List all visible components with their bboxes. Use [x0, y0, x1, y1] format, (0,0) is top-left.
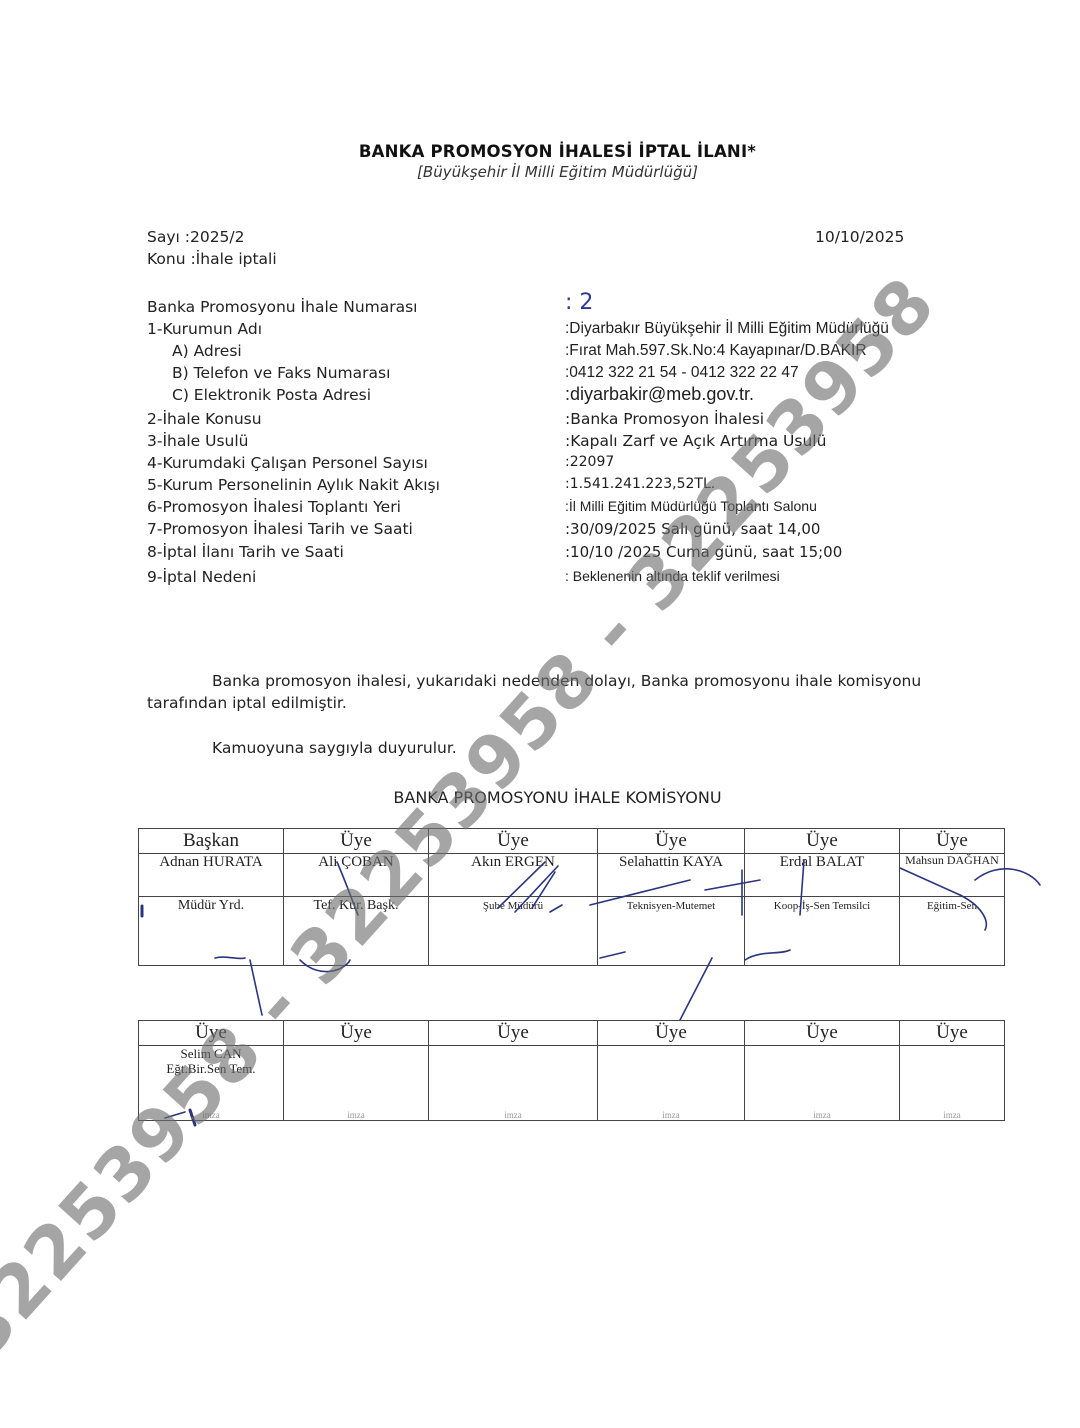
- signature-cell: [598, 917, 745, 966]
- signature-label: imza: [598, 1082, 745, 1121]
- member-name: [745, 1046, 900, 1083]
- detail-label: B) Telefon ve Faks Numarası: [172, 364, 390, 382]
- member-role: Üye: [745, 829, 900, 854]
- detail-label: Banka Promosyonu İhale Numarası: [147, 298, 418, 316]
- detail-value: : 2: [565, 290, 593, 315]
- signature-label: imza: [139, 1082, 284, 1121]
- member-title: Koop-İş-Sen Temsilci: [745, 897, 900, 918]
- member-role: Üye: [139, 1021, 284, 1046]
- member-name: Akın ERGEN: [429, 854, 598, 897]
- member-role: Üye: [429, 829, 598, 854]
- detail-value: :diyarbakir@meb.gov.tr.: [565, 384, 754, 405]
- detail-value: :22097: [565, 454, 614, 470]
- member-name: [598, 1046, 745, 1083]
- signature-label: imza: [745, 1082, 900, 1121]
- sayi-line: Sayı :2025/2: [147, 228, 245, 246]
- signature-cell: [429, 917, 598, 966]
- document-date: 10/10/2025: [815, 228, 904, 246]
- detail-value: :30/09/2025 Salı günü, saat 14,00: [565, 520, 820, 538]
- member-role: Üye: [284, 829, 429, 854]
- member-title: Şube Müdürü: [429, 897, 598, 918]
- detail-label: 5-Kurum Personelinin Aylık Nakit Akışı: [147, 476, 440, 494]
- member-name: [284, 1046, 429, 1083]
- detail-value: :Diyarbakır Büyükşehir İl Milli Eğitim M…: [565, 320, 889, 338]
- member-name: [900, 1046, 1005, 1083]
- commission-table-2: Üye Üye Üye Üye Üye Üye Selim CAN Eğt.Bi…: [138, 1020, 1005, 1121]
- signature-strokes: [0, 0, 1080, 1428]
- watermark-text: 32253958 - 32253958 - 32253958: [0, 261, 952, 1374]
- signature-label: imza: [284, 1082, 429, 1121]
- member-title: Teknisyen-Mutemet: [598, 897, 745, 918]
- signature-cell: [900, 917, 1005, 966]
- member-role: Başkan: [139, 829, 284, 854]
- member-name: Ali ÇOBAN: [284, 854, 429, 897]
- member-title: Tef. Kur. Başk.: [284, 897, 429, 918]
- member-role: Üye: [429, 1021, 598, 1046]
- detail-label: 1-Kurumun Adı: [147, 320, 262, 338]
- document-page: BANKA PROMOSYON İHALESİ İPTAL İLANI* [Bü…: [0, 0, 1080, 1428]
- document-subtitle: [Büyükşehir İl Milli Eğitim Müdürlüğü]: [0, 163, 1080, 181]
- member-role: Üye: [900, 1021, 1005, 1046]
- detail-value: :Banka Promosyon İhalesi: [565, 410, 764, 428]
- member-name: Selim CAN Eğt.Bir.Sen Tem.: [139, 1046, 284, 1083]
- detail-label: A) Adresi: [172, 342, 242, 360]
- detail-value: :0412 322 21 54 - 0412 322 22 47: [565, 364, 799, 382]
- detail-label: 9-İptal Nedeni: [147, 568, 256, 586]
- member-title: Eğitim-Sen: [900, 897, 1005, 918]
- detail-value: :Kapalı Zarf ve Açık Artırma Usulü: [565, 432, 826, 450]
- member-role: Üye: [284, 1021, 429, 1046]
- detail-value: : Beklenenin altında teklif verilmesi: [565, 568, 780, 584]
- signature-label: imza: [429, 1082, 598, 1121]
- detail-value: :1.541.241.223,52TL.: [565, 476, 715, 492]
- detail-value: :10/10 /2025 Cuma günü, saat 15;00: [565, 543, 842, 561]
- detail-value: :İl Milli Eğitim Müdürlüğü Toplantı Salo…: [565, 498, 817, 514]
- member-name-text: Selim CAN: [141, 1046, 281, 1061]
- detail-label: 6-Promosyon İhalesi Toplantı Yeri: [147, 498, 401, 516]
- signature-label: imza: [900, 1082, 1005, 1121]
- commission-table-1: Başkan Üye Üye Üye Üye Üye Adnan HURATA …: [138, 828, 1005, 966]
- document-title: BANKA PROMOSYON İHALESİ İPTAL İLANI*: [0, 142, 1080, 161]
- member-name: Selahattin KAYA: [598, 854, 745, 897]
- member-role: Üye: [745, 1021, 900, 1046]
- member-name: [429, 1046, 598, 1083]
- commission-title: BANKA PROMOSYONU İHALE KOMİSYONU: [0, 788, 1080, 807]
- member-name: Adnan HURATA: [139, 854, 284, 897]
- detail-label: 3-İhale Usulü: [147, 432, 249, 450]
- member-title: Eğt.Bir.Sen Tem.: [141, 1061, 281, 1076]
- signature-cell: [284, 917, 429, 966]
- member-title: Müdür Yrd.: [139, 897, 284, 918]
- member-name: Erdal BALAT: [745, 854, 900, 897]
- signature-cell: [745, 917, 900, 966]
- detail-label: 7-Promosyon İhalesi Tarih ve Saati: [147, 520, 413, 538]
- konu-line: Konu :İhale iptali: [147, 250, 277, 268]
- detail-label: 8-İptal İlanı Tarih ve Saati: [147, 543, 344, 561]
- detail-label: 4-Kurumdaki Çalışan Personel Sayısı: [147, 454, 428, 472]
- member-role: Üye: [598, 1021, 745, 1046]
- detail-label: C) Elektronik Posta Adresi: [172, 386, 371, 404]
- closing-line: Kamuoyuna saygıyla duyurulur.: [212, 737, 1012, 759]
- member-name: Mahsun DAĞHAN: [900, 854, 1005, 897]
- signature-cell: [139, 917, 284, 966]
- member-role: Üye: [598, 829, 745, 854]
- body-paragraph: Banka promosyon ihalesi, yukarıdaki nede…: [147, 670, 947, 714]
- detail-label: 2-İhale Konusu: [147, 410, 262, 428]
- member-role: Üye: [900, 829, 1005, 854]
- detail-value: :Fırat Mah.597.Sk.No:4 Kayapınar/D.BAKIR: [565, 342, 867, 360]
